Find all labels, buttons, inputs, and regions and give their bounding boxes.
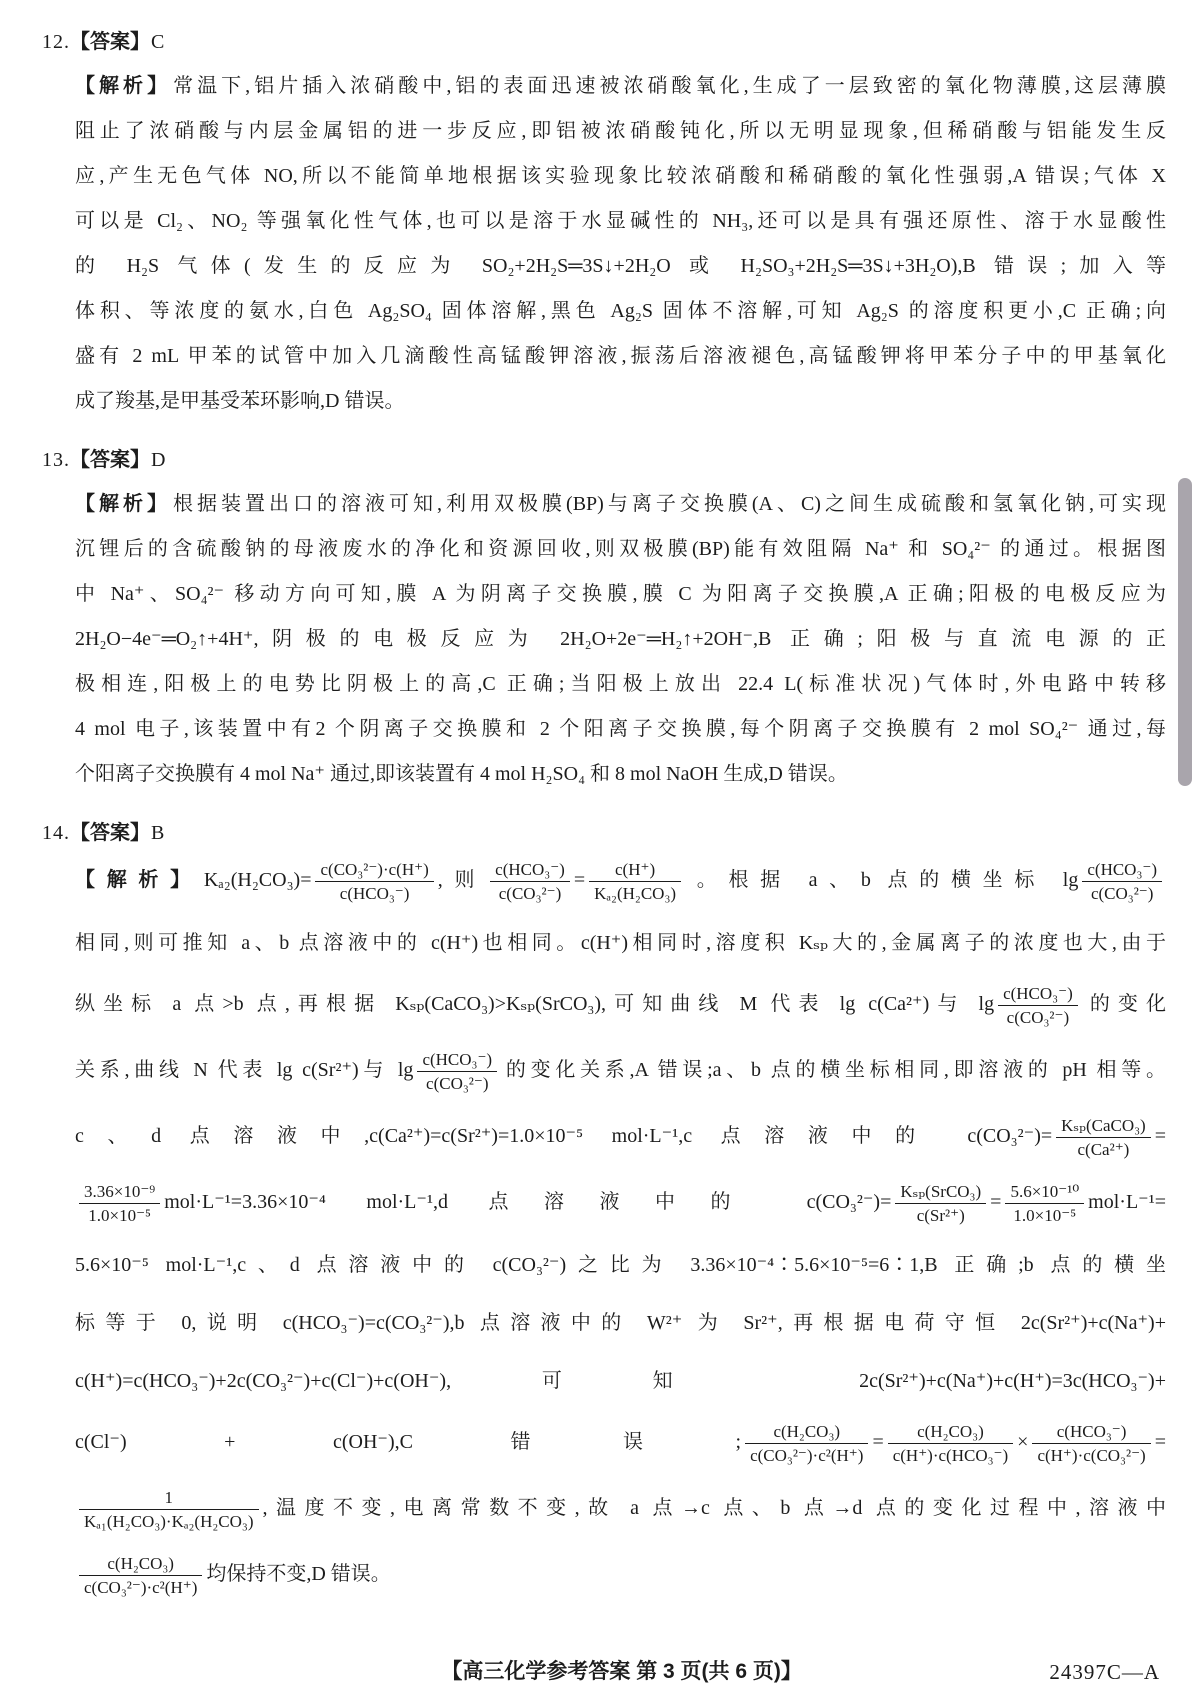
- text-line: 极相连,阳极上的电势比阴极上的高,C 正确;当阳极上放出 22.4 L(标准状况…: [75, 662, 1166, 707]
- text-segment: Kₐ₂(H₂CO₃)=: [204, 869, 312, 891]
- fraction-denominator: c(CO₃²⁻): [998, 1005, 1078, 1029]
- answer-value: B: [150, 822, 164, 844]
- question-number: 13.: [42, 449, 70, 471]
- text-segment: 沉锂后的含硫酸钠的母液废水的净化和资源回收,则双极膜(BP)能有效阻隔 Na⁺ …: [75, 538, 1166, 560]
- fraction: c(HCO₃⁻)c(CO₃²⁻): [998, 982, 1078, 1029]
- fraction: c(HCO₃⁻)c(H⁺)·c(CO₃²⁻): [1032, 1420, 1150, 1467]
- answer-line: 12.【答案】C: [42, 20, 1166, 64]
- text-line: 纵坐标 a 点>b 点,再根据 Kₛₚ(CaCO₃)>Kₛₚ(SrCO₃),可知…: [75, 979, 1166, 1032]
- fraction-denominator: c(Sr²⁺): [895, 1203, 986, 1227]
- fraction-denominator: Kₐ₂(H₂CO₃): [589, 881, 681, 905]
- fraction-numerator: 3.36×10⁻⁹: [79, 1180, 160, 1203]
- fraction-numerator: c(HCO₃⁻): [1082, 858, 1162, 881]
- answer-line: 13.【答案】D: [42, 438, 1166, 482]
- text-segment: 标等于 0,说明 c(HCO₃⁻)=c(CO₃²⁻),b 点溶液中的 W²⁺ 为…: [75, 1312, 1166, 1334]
- text-segment: ×: [1017, 1431, 1028, 1453]
- answer-value: C: [150, 31, 164, 53]
- text-segment: mol·L⁻¹=: [1088, 1191, 1166, 1213]
- page-footer: 【高三化学参考答案 第 3 页(共 6 页)】 24397C—A: [0, 1647, 1200, 1699]
- fraction-numerator: c(H₂CO₃): [745, 1420, 868, 1443]
- fraction-denominator: c(Ca²⁺): [1056, 1137, 1151, 1161]
- text-segment: =: [574, 869, 585, 891]
- fraction: c(HCO₃⁻)c(CO₃²⁻): [490, 858, 570, 905]
- text-line: 4 mol 电子,该装置中有2 个阴离子交换膜和 2 个阳离子交换膜,每个阴离子…: [75, 707, 1166, 752]
- fraction: 3.36×10⁻⁹1.0×10⁻⁵: [79, 1180, 160, 1227]
- answer-sheet-page: 12.【答案】C 【解析】常温下,铝片插入浓硝酸中,铝的表面迅速被浓硝酸氧化,生…: [0, 0, 1200, 1647]
- fraction: 5.6×10⁻¹⁰1.0×10⁻⁵: [1005, 1180, 1084, 1227]
- text-segment: 盛有 2 mL 甲苯的试管中加入几滴酸性高锰酸钾溶液,振荡后溶液褪色,高锰酸钾将…: [75, 345, 1166, 367]
- text-segment: 2H₂O−4e⁻═O₂↑+4H⁺,阴极的电极反应为 2H₂O+2e⁻═H₂↑+2…: [75, 628, 1166, 650]
- text-segment: 关系,曲线 N 代表 lg c(Sr²⁺)与 lg: [75, 1059, 413, 1081]
- text-segment: 的变化关系,A 错误;a、b 点的横坐标相同,即溶液的 pH 相等。: [501, 1059, 1166, 1081]
- footer-document-code: 24397C—A: [1049, 1660, 1160, 1685]
- fraction: c(CO₃²⁻)·c(H⁺)c(HCO₃⁻): [315, 858, 433, 905]
- fraction-numerator: c(CO₃²⁻)·c(H⁺): [315, 858, 433, 881]
- fraction-denominator: c(CO₃²⁻)·c²(H⁺): [745, 1443, 868, 1467]
- fraction-denominator: c(H⁺)·c(CO₃²⁻): [1032, 1443, 1150, 1467]
- text-segment: ,则: [438, 869, 486, 891]
- text-line: 阻止了浓硝酸与内层金属铝的进一步反应,即铝被浓硝酸钝化,所以无明显现象,但稀硝酸…: [75, 109, 1166, 154]
- footer-page-info: 【高三化学参考答案 第 3 页(共 6 页)】: [441, 1655, 802, 1685]
- text-line: 5.6×10⁻⁵ mol·L⁻¹,c、d 点溶液中的 c(CO₃²⁻)之比为 3…: [75, 1243, 1166, 1288]
- fraction-denominator: c(CO₃²⁻)·c²(H⁺): [79, 1575, 202, 1599]
- fraction-numerator: c(HCO₃⁻): [998, 982, 1078, 1005]
- fraction: Kₛₚ(CaCO₃)c(Ca²⁺): [1056, 1114, 1151, 1161]
- text-line: 体积、等浓度的氨水,白色 Ag₂SO₄ 固体溶解,黑色 Ag₂S 固体不溶解,可…: [75, 289, 1166, 334]
- text-segment: 中 Na⁺、SO₄²⁻ 移动方向可知,膜 A 为阴离子交换膜,膜 C 为阳离子交…: [75, 583, 1166, 605]
- text-line: 1Kₐ₁(H₂CO₃)·Kₐ₂(H₂CO₃),温度不变,电离常数不变,故 a 点…: [75, 1483, 1166, 1536]
- analysis-label: 【解析】: [75, 869, 202, 891]
- fraction-denominator: c(CO₃²⁻): [1082, 881, 1162, 905]
- fraction: Kₛₚ(SrCO₃)c(Sr²⁺): [895, 1180, 986, 1227]
- fraction: 1Kₐ₁(H₂CO₃)·Kₐ₂(H₂CO₃): [79, 1486, 259, 1533]
- text-segment: 的 H₂S 气体(发生的反应为 SO₂+2H₂S═3S↓+2H₂O 或 H₂SO…: [75, 255, 1166, 277]
- fraction-numerator: Kₛₚ(SrCO₃): [895, 1180, 986, 1203]
- fraction-numerator: Kₛₚ(CaCO₃): [1056, 1114, 1151, 1137]
- text-line: 【解析】Kₐ₂(H₂CO₃)=c(CO₃²⁻)·c(H⁺)c(HCO₃⁻),则c…: [75, 855, 1166, 908]
- text-segment: 4 mol 电子,该装置中有2 个阴离子交换膜和 2 个阳离子交换膜,每个阴离子…: [75, 718, 1166, 740]
- analysis-text-14: 【解析】Kₐ₂(H₂CO₃)=c(CO₃²⁻)·c(H⁺)c(HCO₃⁻),则c…: [75, 855, 1166, 1602]
- text-line: c(H⁺)=c(HCO₃⁻)+2c(CO₃²⁻)+c(Cl⁻)+c(OH⁻),可…: [75, 1359, 1166, 1404]
- text-segment: 纵坐标 a 点>b 点,再根据 Kₛₚ(CaCO₃)>Kₛₚ(SrCO₃),可知…: [75, 993, 994, 1015]
- text-segment: 个阳离子交换膜有 4 mol Na⁺ 通过,即该装置有 4 mol H₂SO₄ …: [75, 763, 848, 785]
- text-segment: c(Cl⁻) + c(OH⁻),C 错误;: [75, 1431, 741, 1453]
- fraction: c(H₂CO₃)c(CO₃²⁻)·c²(H⁺): [745, 1420, 868, 1467]
- fraction-denominator: 1.0×10⁻⁵: [79, 1203, 160, 1227]
- fraction-denominator: Kₐ₁(H₂CO₃)·Kₐ₂(H₂CO₃): [79, 1509, 259, 1533]
- fraction: c(HCO₃⁻)c(CO₃²⁻): [417, 1048, 497, 1095]
- text-line: 2H₂O−4e⁻═O₂↑+4H⁺,阴极的电极反应为 2H₂O+2e⁻═H₂↑+2…: [75, 617, 1166, 662]
- text-line: 可以是 Cl₂、NO₂ 等强氧化性气体,也可以是溶于水显碱性的 NH₃,还可以是…: [75, 199, 1166, 244]
- question-number: 14.: [42, 822, 70, 844]
- fraction-numerator: c(H⁺): [589, 858, 681, 881]
- fraction: c(H₂CO₃)c(H⁺)·c(HCO₃⁻): [888, 1420, 1013, 1467]
- text-line: 关系,曲线 N 代表 lg c(Sr²⁺)与 lgc(HCO₃⁻)c(CO₃²⁻…: [75, 1045, 1166, 1098]
- text-line: 成了羧基,是甲基受苯环影响,D 错误。: [75, 379, 1166, 424]
- scrollbar-thumb[interactable]: [1178, 478, 1192, 786]
- fraction-denominator: c(HCO₃⁻): [315, 881, 433, 905]
- text-segment: 极相连,阳极上的电势比阴极上的高,C 正确;当阳极上放出 22.4 L(标准状况…: [75, 673, 1166, 695]
- text-segment: 的变化: [1082, 993, 1166, 1015]
- analysis-text-12: 【解析】常温下,铝片插入浓硝酸中,铝的表面迅速被浓硝酸氧化,生成了一层致密的氧化…: [75, 64, 1166, 424]
- text-line: c(H₂CO₃)c(CO₃²⁻)·c²(H⁺)均保持不变,D 错误。: [75, 1549, 1166, 1602]
- text-segment: 。根据 a、b 点的横坐标 lg: [685, 869, 1078, 891]
- answer-block-14: 14.【答案】B 【解析】Kₐ₂(H₂CO₃)=c(CO₃²⁻)·c(H⁺)c(…: [42, 811, 1166, 1602]
- text-segment: c、d 点溶液中,c(Ca²⁺)=c(Sr²⁺)=1.0×10⁻⁵ mol·L⁻…: [75, 1125, 1052, 1147]
- fraction-numerator: c(HCO₃⁻): [1032, 1420, 1150, 1443]
- text-line: 的 H₂S 气体(发生的反应为 SO₂+2H₂S═3S↓+2H₂O 或 H₂SO…: [75, 244, 1166, 289]
- text-line: 沉锂后的含硫酸钠的母液废水的净化和资源回收,则双极膜(BP)能有效阻隔 Na⁺ …: [75, 527, 1166, 572]
- fraction: c(H⁺)Kₐ₂(H₂CO₃): [589, 858, 681, 905]
- answer-line: 14.【答案】B: [42, 811, 1166, 855]
- text-segment: 阻止了浓硝酸与内层金属铝的进一步反应,即铝被浓硝酸钝化,所以无明显现象,但稀硝酸…: [75, 120, 1166, 142]
- text-segment: =: [872, 1431, 883, 1453]
- text-segment: 根据装置出口的溶液可知,利用双极膜(BP)与离子交换膜(A、C)之间生成硫酸和氢…: [173, 493, 1166, 515]
- text-segment: =: [990, 1191, 1001, 1213]
- fraction-denominator: c(H⁺)·c(HCO₃⁻): [888, 1443, 1013, 1467]
- text-line: c、d 点溶液中,c(Ca²⁺)=c(Sr²⁺)=1.0×10⁻⁵ mol·L⁻…: [75, 1111, 1166, 1164]
- text-line: 【解析】常温下,铝片插入浓硝酸中,铝的表面迅速被浓硝酸氧化,生成了一层致密的氧化…: [75, 64, 1166, 109]
- fraction-numerator: 1: [79, 1486, 259, 1509]
- text-line: 标等于 0,说明 c(HCO₃⁻)=c(CO₃²⁻),b 点溶液中的 W²⁺ 为…: [75, 1301, 1166, 1346]
- analysis-label: 【解析】: [75, 75, 171, 97]
- fraction-denominator: c(CO₃²⁻): [417, 1071, 497, 1095]
- text-segment: =: [1155, 1431, 1166, 1453]
- text-segment: 均保持不变,D 错误。: [206, 1563, 390, 1585]
- fraction: c(HCO₃⁻)c(CO₃²⁻): [1082, 858, 1162, 905]
- fraction-numerator: c(HCO₃⁻): [490, 858, 570, 881]
- text-segment: 5.6×10⁻⁵ mol·L⁻¹,c、d 点溶液中的 c(CO₃²⁻)之比为 3…: [75, 1254, 1166, 1276]
- text-line: 3.36×10⁻⁹1.0×10⁻⁵mol·L⁻¹=3.36×10⁻⁴ mol·L…: [75, 1177, 1166, 1230]
- text-segment: 应,产生无色气体 NO,所以不能简单地根据该实验现象比较浓硝酸和稀硝酸的氧化性强…: [75, 165, 1166, 187]
- answer-value: D: [150, 449, 165, 471]
- question-number: 12.: [42, 31, 70, 53]
- text-line: 中 Na⁺、SO₄²⁻ 移动方向可知,膜 A 为阴离子交换膜,膜 C 为阳离子交…: [75, 572, 1166, 617]
- fraction-numerator: c(H₂CO₃): [79, 1552, 202, 1575]
- answer-block-13: 13.【答案】D 【解析】根据装置出口的溶液可知,利用双极膜(BP)与离子交换膜…: [42, 438, 1166, 797]
- text-segment: 相同,则可推知 a、b 点溶液中的 c(H⁺)也相同。c(H⁺)相同时,溶度积 …: [75, 932, 1166, 954]
- fraction: c(H₂CO₃)c(CO₃²⁻)·c²(H⁺): [79, 1552, 202, 1599]
- text-line: 盛有 2 mL 甲苯的试管中加入几滴酸性高锰酸钾溶液,振荡后溶液褪色,高锰酸钾将…: [75, 334, 1166, 379]
- answer-block-12: 12.【答案】C 【解析】常温下,铝片插入浓硝酸中,铝的表面迅速被浓硝酸氧化,生…: [42, 20, 1166, 424]
- answer-label: 【答案】: [70, 449, 150, 471]
- answer-label: 【答案】: [70, 31, 150, 53]
- analysis-text-13: 【解析】根据装置出口的溶液可知,利用双极膜(BP)与离子交换膜(A、C)之间生成…: [75, 482, 1166, 797]
- analysis-label: 【解析】: [75, 493, 171, 515]
- answer-label: 【答案】: [70, 822, 150, 844]
- text-segment: 成了羧基,是甲基受苯环影响,D 错误。: [75, 390, 404, 412]
- text-line: c(Cl⁻) + c(OH⁻),C 错误;c(H₂CO₃)c(CO₃²⁻)·c²…: [75, 1417, 1166, 1470]
- fraction-denominator: c(CO₃²⁻): [490, 881, 570, 905]
- text-segment: =: [1155, 1125, 1166, 1147]
- text-line: 相同,则可推知 a、b 点溶液中的 c(H⁺)也相同。c(H⁺)相同时,溶度积 …: [75, 921, 1166, 966]
- text-segment: 体积、等浓度的氨水,白色 Ag₂SO₄ 固体溶解,黑色 Ag₂S 固体不溶解,可…: [75, 300, 1166, 322]
- text-line: 【解析】根据装置出口的溶液可知,利用双极膜(BP)与离子交换膜(A、C)之间生成…: [75, 482, 1166, 527]
- text-segment: mol·L⁻¹=3.36×10⁻⁴ mol·L⁻¹,d 点溶液中的 c(CO₃²…: [164, 1191, 891, 1213]
- text-segment: 常温下,铝片插入浓硝酸中,铝的表面迅速被浓硝酸氧化,生成了一层致密的氧化物薄膜,…: [173, 75, 1166, 97]
- text-segment: c(H⁺)=c(HCO₃⁻)+2c(CO₃²⁻)+c(Cl⁻)+c(OH⁻),可…: [75, 1370, 1166, 1392]
- text-segment: ,温度不变,电离常数不变,故 a 点→c 点、b 点→d 点的变化过程中,溶液中: [263, 1497, 1166, 1519]
- fraction-numerator: c(HCO₃⁻): [417, 1048, 497, 1071]
- fraction-numerator: 5.6×10⁻¹⁰: [1005, 1180, 1084, 1203]
- fraction-numerator: c(H₂CO₃): [888, 1420, 1013, 1443]
- fraction-denominator: 1.0×10⁻⁵: [1005, 1203, 1084, 1227]
- text-line: 个阳离子交换膜有 4 mol Na⁺ 通过,即该装置有 4 mol H₂SO₄ …: [75, 752, 1166, 797]
- text-segment: 可以是 Cl₂、NO₂ 等强氧化性气体,也可以是溶于水显碱性的 NH₃,还可以是…: [75, 210, 1166, 232]
- text-line: 应,产生无色气体 NO,所以不能简单地根据该实验现象比较浓硝酸和稀硝酸的氧化性强…: [75, 154, 1166, 199]
